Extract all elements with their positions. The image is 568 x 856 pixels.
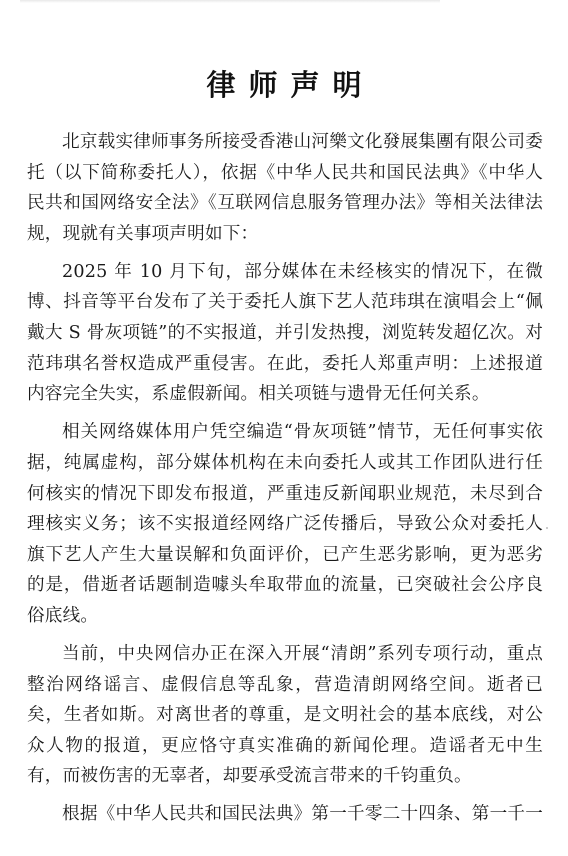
paragraph-legal-basis: 根据《中华人民共和国民法典》第一千零二十四条、第一千一百 [27,799,543,829]
document-page: 律师声明 北京载实律师事务所接受香港山河樂文化發展集團有限公司委托（以下简称委托… [0,0,568,856]
document-body: 北京载实律师事务所接受香港山河樂文化發展集團有限公司委托（以下简称委托人），依据… [27,127,543,829]
document-title: 律师声明 [0,63,568,104]
paragraph-qinglang-campaign: 当前，中央网信办正在深入开展“清朗”系列专项行动，重点整治网络谣言、虚假信息等乱… [27,639,543,792]
page-top-edge [20,0,440,3]
scan-speck [546,527,548,529]
paragraph-incident: 2025 年 10 月下旬，部分媒体在未经核实的情况下，在微博、抖音等平台发布了… [27,257,543,410]
paragraph-fabrication: 相关网络媒体用户凭空编造“骨灰项链”情节，无任何事实依据，纯属虚构，部分媒体机构… [27,417,543,631]
paragraph-intro: 北京载实律师事务所接受香港山河樂文化發展集團有限公司委托（以下简称委托人），依据… [27,127,543,249]
